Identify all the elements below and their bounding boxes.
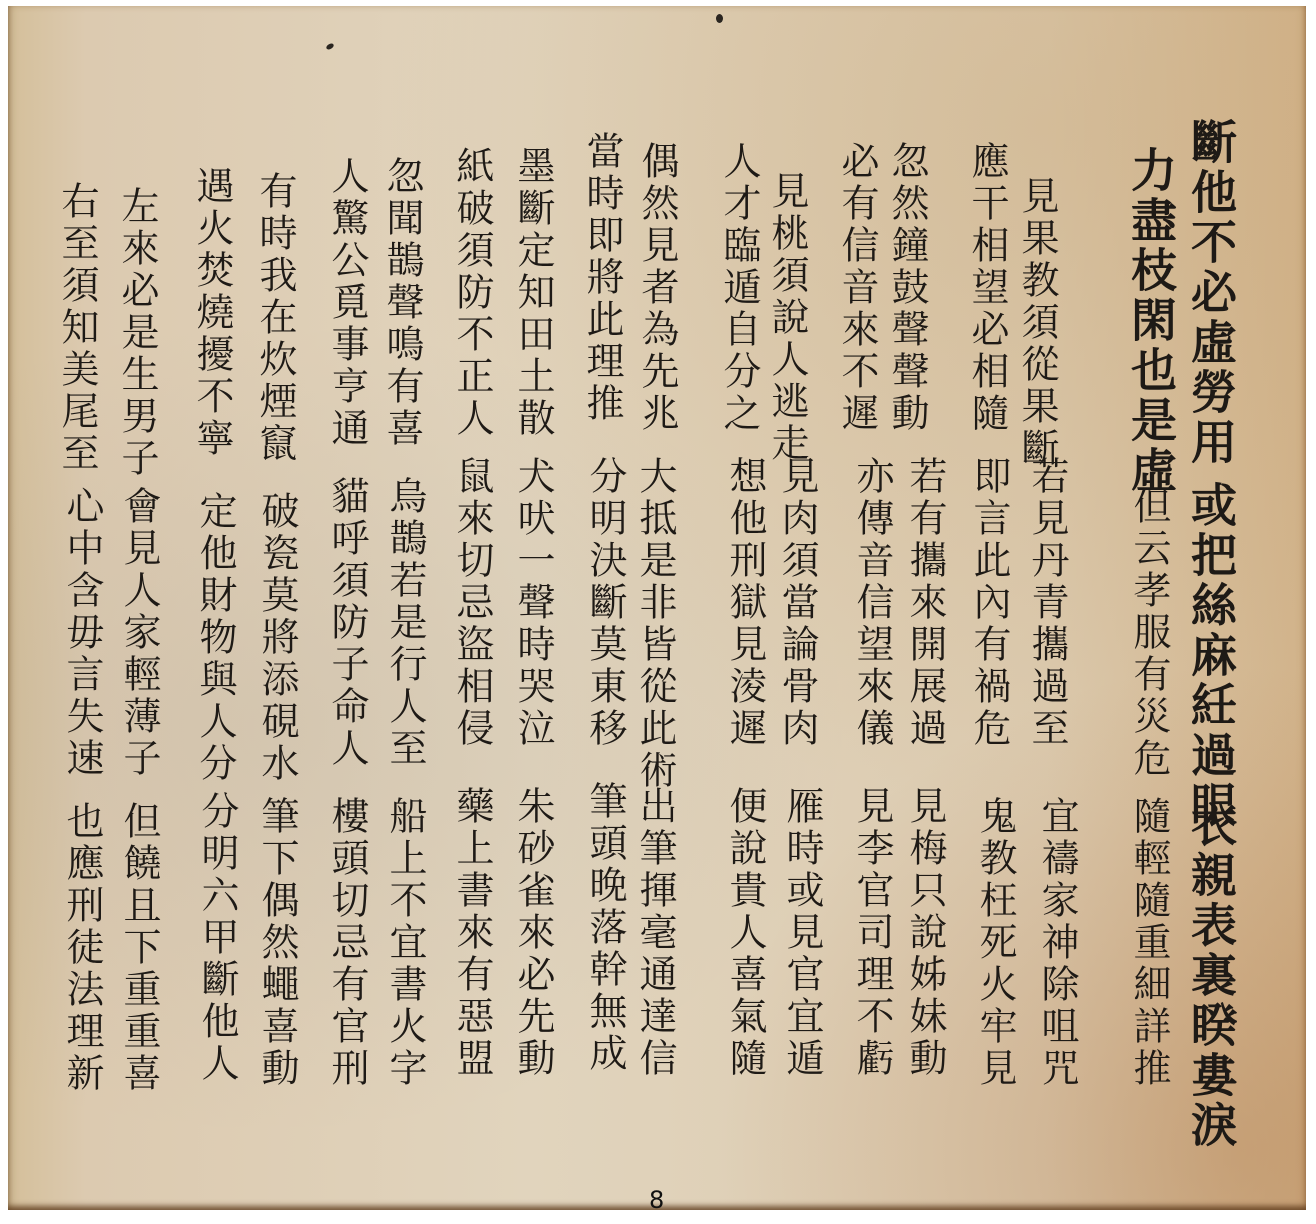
text-column: 有時我在炊煙竄 [256, 171, 294, 465]
text-column: 也應刑徒法理新 [63, 801, 101, 1095]
text-column: 右至須知美尾至 [58, 181, 96, 475]
text-column: 出筆揮毫通達信 [636, 786, 674, 1080]
text-column: 會見人家輕薄子 [120, 486, 158, 780]
text-column: 雁時或見官宜遁 [783, 786, 821, 1080]
text-column: 宜禱家神除咀咒 [1038, 796, 1076, 1090]
text-column: 分明決斷莫東移 [586, 456, 624, 750]
text-column: 見桃須說人逃走 [768, 171, 806, 465]
text-column: 烏鵲若是行人至 [386, 476, 424, 770]
text-column: 墨斷定知田土散 [514, 146, 552, 440]
text-column: 犬吠一聲時哭泣 [514, 456, 552, 750]
text-column: 人才臨遁自分之 [720, 141, 758, 435]
text-column: 藥上書來有惡盟 [453, 786, 491, 1080]
ink-spot [716, 14, 723, 23]
text-column: 遇火焚燒擾不寧 [193, 166, 231, 460]
text-column: 心中含毋言失速 [63, 486, 101, 780]
text-column: 若見丹青攜過至 [1028, 456, 1066, 750]
text-column: 朱砂雀來必先動 [514, 786, 552, 1080]
text-column: 破瓷莫將添硯水 [258, 491, 296, 785]
text-column: 即言此內有禍危 [970, 456, 1008, 750]
text-column: 鼠來切忌盜相侵 [453, 456, 491, 750]
text-column: 忽聞鵲聲鳴有喜 [383, 156, 421, 450]
text-column: 見梅只說姊妹動 [906, 786, 944, 1080]
text-column: 亦傳音信望來儀 [853, 456, 891, 750]
text-column: 分明六甲斷他人 [198, 791, 236, 1085]
ink-spot [325, 42, 334, 50]
text-column: 應干相望必相隨 [968, 141, 1006, 435]
text-column: 見果教須從果斷 [1018, 176, 1056, 470]
text-column: 樓頭切忌有官刑 [328, 796, 366, 1090]
text-column: 或把絲麻紝過眼 [1188, 481, 1234, 831]
text-column: 紙破須防不正人 [453, 146, 491, 440]
text-column: 想他刑獄見淩遲 [726, 456, 764, 750]
text-column: 定他財物與人分 [196, 491, 234, 785]
manuscript-page: 斷他不必虛勞用 力盡枝閑也是虛 或把絲麻紝過眼 但云孝服有災危 衣親表裏睽婁淚 … [8, 6, 1306, 1210]
text-column: 但云孝服有災危 [1130, 486, 1168, 780]
text-column: 筆頭晚落幹無成 [586, 781, 624, 1075]
text-column: 左來必是生男子 [118, 186, 156, 480]
text-column: 但饒且下重重喜 [120, 801, 158, 1095]
text-column: 貓呼須防子命人 [328, 476, 366, 770]
text-column: 大抵是非皆從此術 [636, 456, 674, 792]
text-column: 見李官司理不虧 [853, 786, 891, 1080]
text-column: 隨輕隨重細詳推 [1130, 796, 1168, 1090]
text-column: 見肉須當論骨肉 [778, 456, 816, 750]
text-column: 筆下偶然蠅喜動 [258, 796, 296, 1090]
text-column: 人驚公覓事亨通 [328, 156, 366, 450]
text-column: 力盡枝閑也是虛 [1128, 146, 1174, 496]
text-column: 當時即將此理推 [583, 131, 621, 425]
text-column: 忽然鐘鼓聲聲動 [888, 141, 926, 435]
text-column: 必有信音來不遲 [838, 141, 876, 435]
text-column: 鬼教枉死火牢見 [976, 796, 1014, 1090]
page-number: 8 [649, 1188, 664, 1212]
text-column: 斷他不必虛勞用 [1188, 118, 1234, 468]
text-column: 衣親表裏睽婁淚 [1188, 801, 1234, 1151]
text-column: 便說貴人喜氣隨 [726, 786, 764, 1080]
text-column: 船上不宜書火字 [386, 796, 424, 1090]
text-column: 若有攜來開展過 [906, 456, 944, 750]
text-column: 偶然見者為先兆 [638, 141, 676, 435]
